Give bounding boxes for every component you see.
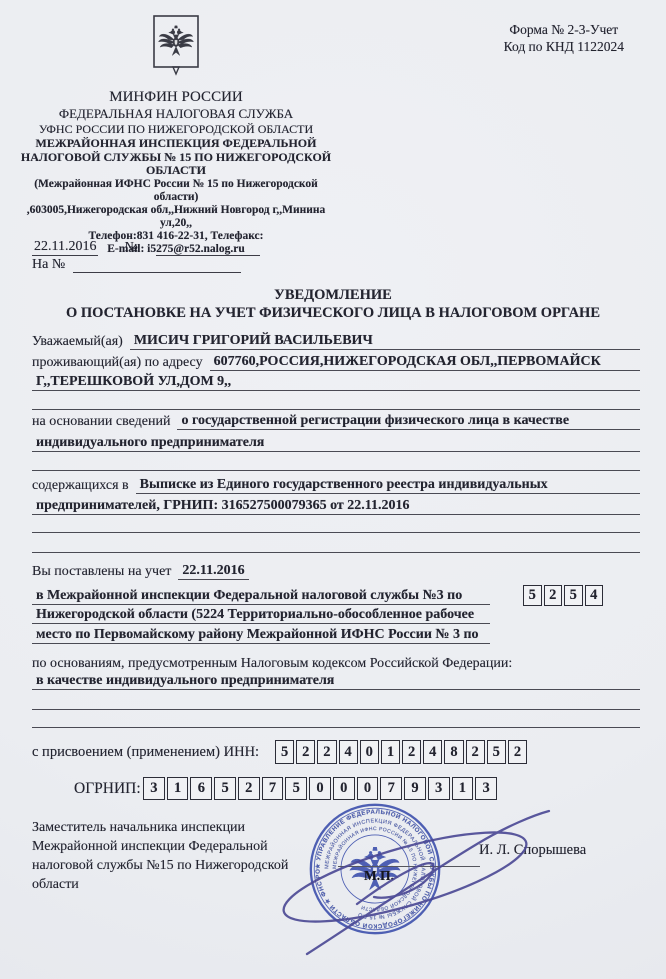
field-registered: Вы поставлены на учет 22.11.2016 [32,558,640,580]
agency-line: УФНС РОССИИ ПО НИЖЕГОРОДСКОЙ ОБЛАСТИ [20,122,332,137]
digit-cell: 4 [585,585,604,606]
handwritten-signature [262,782,572,967]
digit-cell: 4 [423,740,442,764]
title-line-2: О ПОСТАНОВКЕ НА УЧЕТ ФИЗИЧЕСКОГО ЛИЦА В … [0,305,666,323]
field-contained-1: содержащихся в Выписке из Единого госуда… [32,472,640,494]
field-inspection-3: место по Первомайскому району Межрайонно… [32,622,490,644]
basis-label: на основании сведений [32,414,177,430]
field-basis-1: на основании сведений о государственной … [32,408,640,430]
taxpayer-name: МИСИЧ ГРИГОРИЙ ВАСИЛЬЕВИЧ [130,333,640,350]
digit-cell: 5 [275,740,294,764]
digit-cell: 5 [214,777,236,800]
title-line-1: УВЕДОМЛЕНИЕ [0,287,666,305]
basis-value-1: о государственной регистрации физическог… [177,413,640,430]
double-headed-eagle-icon [153,15,199,76]
digit-cell: 2 [317,740,336,764]
digit-cell: 1 [167,777,189,800]
digit-cell: 2 [238,777,260,800]
registered-label: Вы поставлены на учет [32,564,178,580]
field-address-1: проживающий(ая) по адресу 607760,РОССИЯ,… [32,349,640,371]
emblem-box [20,15,332,81]
form-number: Форма № 2-3-Учет [504,21,624,38]
letterhead: МИНФИН РОССИИ ФЕДЕРАЛЬНАЯ НАЛОГОВАЯ СЛУЖ… [20,15,332,256]
digit-cell: 4 [339,740,358,764]
digit-cell: 2 [466,740,485,764]
scanned-tax-notification-document: Форма № 2-3-Учет Код по КНД 1122024 МИНФ… [0,0,666,979]
digit-cell: 1 [381,740,400,764]
field-dear: Уважаемый(ая) МИСИЧ ГРИГОРИЙ ВАСИЛЬЕВИЧ [32,328,640,350]
empty-ruled-line [32,388,640,410]
field-inspection-2: Нижегородской области (5224 Территориаль… [32,602,490,624]
reference-row-incoming: На № [32,256,262,273]
document-date: 22.11.2016 [32,239,98,256]
outgoing-number-blank [156,238,260,256]
registration-date: 22.11.2016 [178,563,248,580]
inn-digit-boxes: 522401248252 [275,740,527,764]
digit-cell: 5 [564,585,583,606]
knd-code: Код по КНД 1122024 [504,38,624,55]
incoming-number-label: На № [32,257,65,273]
digit-cell: 2 [296,740,315,764]
form-code-block: Форма № 2-3-Учет Код по КНД 1122024 [504,21,624,55]
inspection-value-3: место по Первомайскому району Межрайонно… [32,627,490,644]
digit-cell: 0 [360,740,379,764]
inspection-short-name: (Межрайонная ИФНС России № 15 по Нижегор… [20,178,332,204]
inspection-code-boxes: 5254 [523,585,603,606]
digit-cell: 3 [143,777,165,800]
digit-cell: 8 [444,740,463,764]
inspection-name: МЕЖРАЙОННАЯ ИНСПЕКЦИЯ ФЕДЕРАЛЬНОЙ НАЛОГО… [20,137,332,178]
contained-label: содержащихся в [32,478,136,494]
reference-row-outgoing: 22.11.2016 № [32,239,262,256]
digit-cell: 2 [402,740,421,764]
digit-cell: 2 [544,585,563,606]
empty-ruled-line [32,531,640,553]
empty-ruled-line [32,706,640,728]
inn-label: с присвоением (применением) ИНН: [32,744,259,761]
contained-value-1: Выписке из Единого государственного реес… [136,477,640,494]
digit-cell: 2 [508,740,527,764]
number-sign: № [124,240,137,256]
digit-cell: 5 [487,740,506,764]
document-title: УВЕДОМЛЕНИЕ О ПОСТАНОВКЕ НА УЧЕТ ФИЗИЧЕС… [0,287,666,322]
agency-line: ФЕДЕРАЛЬНАЯ НАЛОГОВАЯ СЛУЖБА [20,106,332,122]
digit-cell: 5 [523,585,542,606]
incoming-number-blank [73,255,241,273]
empty-ruled-line [32,449,640,471]
inspection-address: ,603005,Нижегородская обл,,Нижний Новгор… [20,204,332,230]
digit-cell: 6 [190,777,212,800]
agency-line: МИНФИН РОССИИ [20,89,332,106]
ogrnip-label: ОГРНИП: [74,780,141,798]
dear-label: Уважаемый(ая) [32,334,130,350]
